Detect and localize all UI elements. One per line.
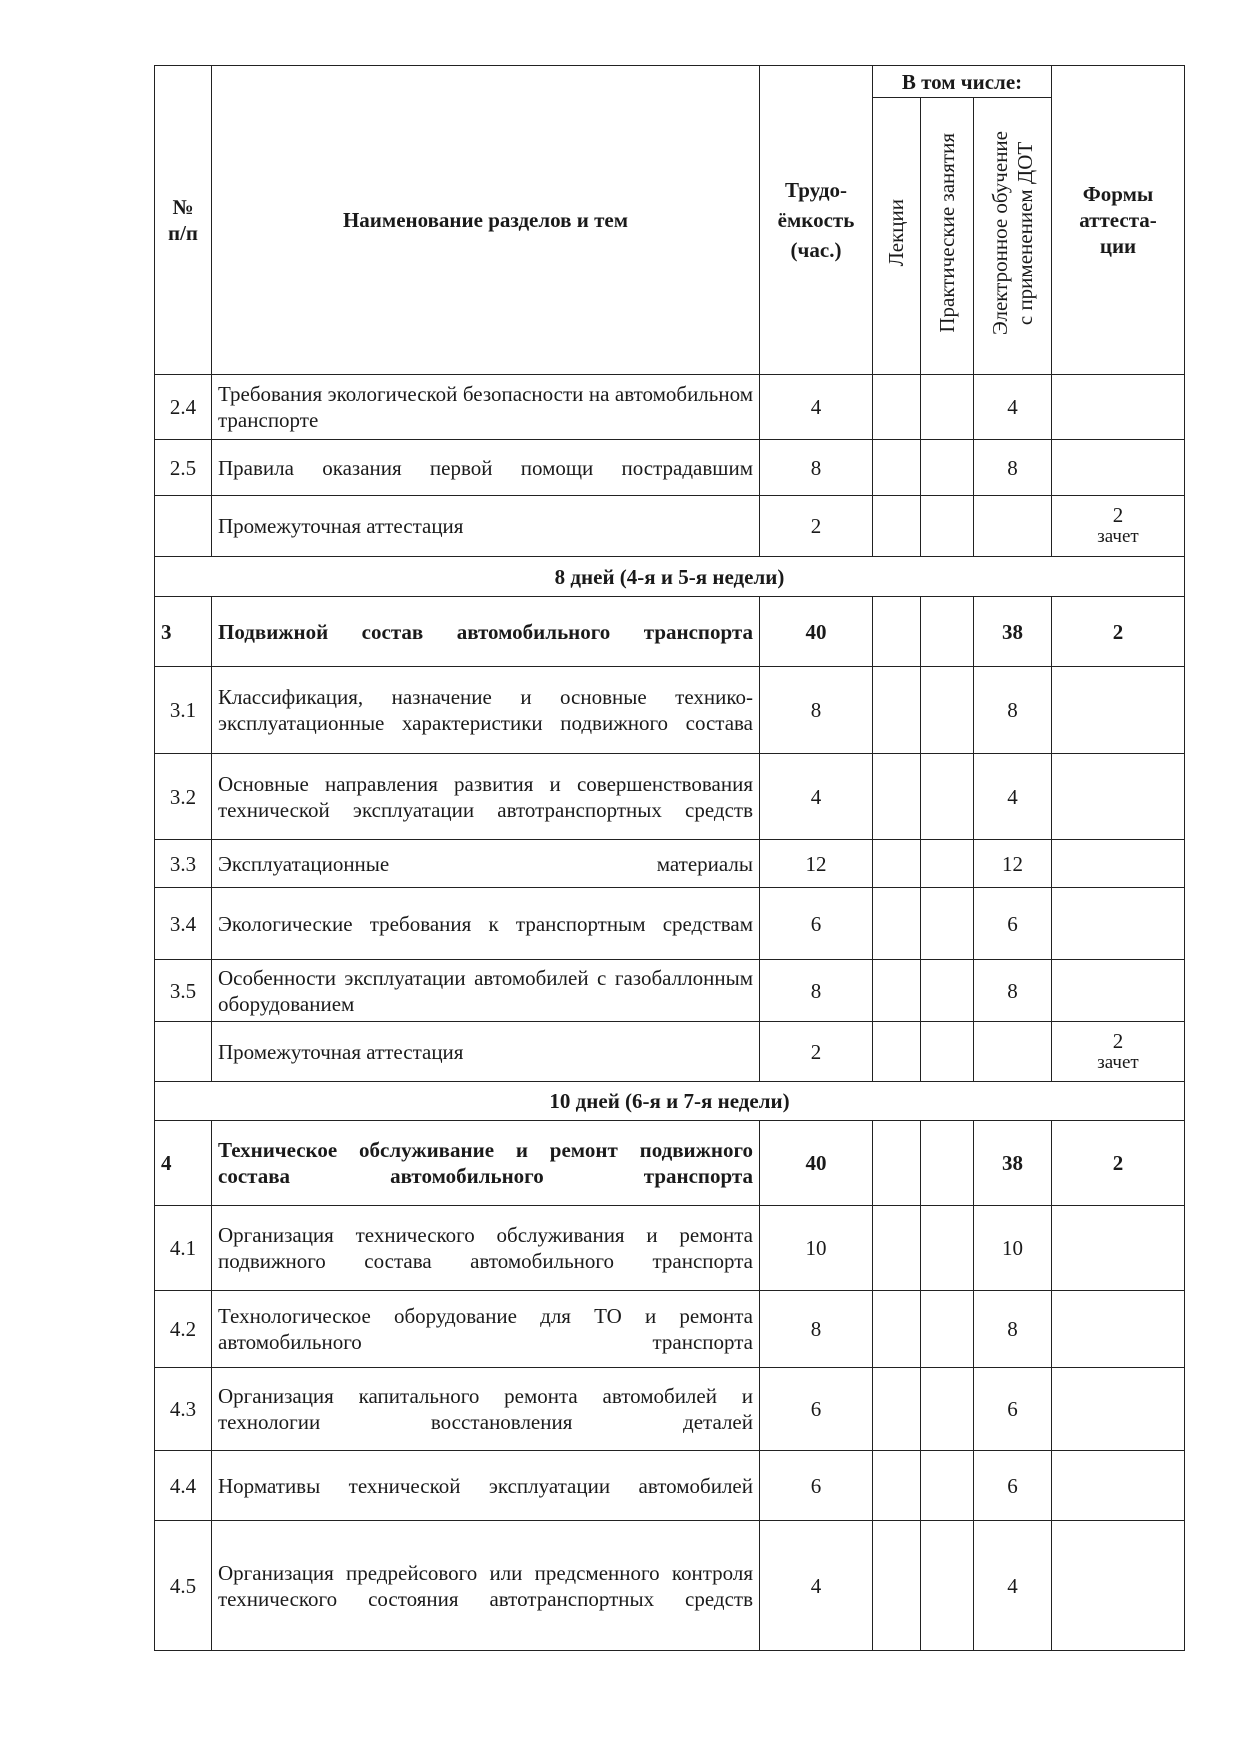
practice-cell (921, 1206, 974, 1291)
week-banner-row: 10 дней (6-я и 7-я недели) (155, 1082, 1185, 1121)
name-cell: Правила оказания первой помощи пострадав… (212, 440, 760, 496)
col-header-forms: Формы аттеста- ции (1052, 66, 1185, 375)
name-cell: Экологические требования к транспортным … (212, 888, 760, 960)
elearning-cell: 4 (974, 375, 1052, 440)
name-cell: Техническое обслуживание и ремонт подвиж… (212, 1121, 760, 1206)
hours-cell: 6 (760, 1368, 873, 1451)
name-cell: Организация технического обслуживания и … (212, 1206, 760, 1291)
lectures-cell (873, 1368, 921, 1451)
practice-cell (921, 1291, 974, 1368)
hours-cell: 8 (760, 667, 873, 754)
table-row: 2.4Требования экологической безопасности… (155, 375, 1185, 440)
forms-cell: 2 (1052, 1121, 1185, 1206)
elearning-cell: 12 (974, 840, 1052, 888)
hours-cell: 6 (760, 1451, 873, 1521)
forms-cell (1052, 960, 1185, 1022)
col-header-name: Наименование разделов и тем (212, 66, 760, 375)
forms-cell: 2 (1052, 597, 1185, 667)
name-cell: Технологическое оборудование для ТО и ре… (212, 1291, 760, 1368)
num-cell: 3.4 (155, 888, 212, 960)
table-body: 2.4Требования экологической безопасности… (155, 375, 1185, 1651)
practice-cell (921, 1368, 974, 1451)
col-header-practice: Практические занятия (921, 98, 974, 375)
practice-cell (921, 888, 974, 960)
practice-cell (921, 440, 974, 496)
table-row: 2.5Правила оказания первой помощи постра… (155, 440, 1185, 496)
hours-cell: 10 (760, 1206, 873, 1291)
forms-cell (1052, 1291, 1185, 1368)
week-banner-row: 8 дней (4-я и 5-я недели) (155, 557, 1185, 597)
forms-value: 2 (1058, 621, 1178, 643)
practice-cell (921, 667, 974, 754)
table-row: 4.1Организация технического обслуживания… (155, 1206, 1185, 1291)
hours-cell: 4 (760, 375, 873, 440)
lectures-cell (873, 667, 921, 754)
num-cell: 3.1 (155, 667, 212, 754)
curriculum-table: № п/п Наименование разделов и тем Трудо-… (154, 65, 1185, 1651)
hours-cell: 40 (760, 597, 873, 667)
name-cell: Основные направления развития и совершен… (212, 754, 760, 840)
name-cell: Классификация, назначение и основные тех… (212, 667, 760, 754)
elearning-cell (974, 496, 1052, 557)
name-cell: Промежуточная аттестация (212, 496, 760, 557)
lectures-cell (873, 597, 921, 667)
col-header-hours: Трудо- ёмкость (час.) (760, 66, 873, 375)
col-header-lectures: Лекции (873, 98, 921, 375)
name-cell: Нормативы технической эксплуатации автом… (212, 1451, 760, 1521)
elearning-cell: 38 (974, 1121, 1052, 1206)
practice-cell (921, 754, 974, 840)
elearning-cell: 8 (974, 1291, 1052, 1368)
lectures-cell (873, 1121, 921, 1206)
elearning-cell (974, 1022, 1052, 1082)
elearning-cell: 8 (974, 440, 1052, 496)
table-row: Промежуточная аттестация22зачет (155, 1022, 1185, 1082)
forms-cell (1052, 840, 1185, 888)
num-cell: 4.2 (155, 1291, 212, 1368)
lectures-cell (873, 840, 921, 888)
lectures-cell (873, 1521, 921, 1651)
hours-cell: 8 (760, 440, 873, 496)
table-row: 3.4Экологические требования к транспортн… (155, 888, 1185, 960)
lectures-cell (873, 375, 921, 440)
hours-cell: 12 (760, 840, 873, 888)
num-cell: 4.5 (155, 1521, 212, 1651)
col-header-num: № п/п (155, 66, 212, 375)
num-cell: 4 (155, 1121, 212, 1206)
forms-cell: 2зачет (1052, 496, 1185, 557)
forms-cell: 2зачет (1052, 1022, 1185, 1082)
practice-cell (921, 375, 974, 440)
practice-cell (921, 1521, 974, 1651)
num-cell (155, 1022, 212, 1082)
elearning-cell: 8 (974, 667, 1052, 754)
elearning-cell: 38 (974, 597, 1052, 667)
name-cell: Промежуточная аттестация (212, 1022, 760, 1082)
practice-cell (921, 597, 974, 667)
table-row: 4Техническое обслуживание и ремонт подви… (155, 1121, 1185, 1206)
elearning-cell: 6 (974, 1451, 1052, 1521)
forms-cell (1052, 1368, 1185, 1451)
week-banner: 8 дней (4-я и 5-я недели) (155, 557, 1185, 597)
num-cell: 4.3 (155, 1368, 212, 1451)
num-cell: 4.4 (155, 1451, 212, 1521)
lectures-cell (873, 1451, 921, 1521)
lectures-cell (873, 1022, 921, 1082)
week-banner: 10 дней (6-я и 7-я недели) (155, 1082, 1185, 1121)
forms-cell (1052, 375, 1185, 440)
elearning-cell: 10 (974, 1206, 1052, 1291)
forms-note: зачет (1058, 526, 1178, 548)
practice-cell (921, 1451, 974, 1521)
forms-cell (1052, 888, 1185, 960)
practice-cell (921, 1121, 974, 1206)
table-row: Промежуточная аттестация22зачет (155, 496, 1185, 557)
num-cell: 2.5 (155, 440, 212, 496)
num-cell: 4.1 (155, 1206, 212, 1291)
forms-value: 2 (1058, 1030, 1178, 1052)
forms-cell (1052, 667, 1185, 754)
table-row: 3Подвижной состав автомобильного транспо… (155, 597, 1185, 667)
num-cell: 3.5 (155, 960, 212, 1022)
practice-cell (921, 840, 974, 888)
elearning-cell: 8 (974, 960, 1052, 1022)
num-cell: 2.4 (155, 375, 212, 440)
col-header-elearning: Электронное обучение с применением ДОТ (974, 98, 1052, 375)
num-cell: 3 (155, 597, 212, 667)
table-row: 3.3Эксплуатационные материалы1212 (155, 840, 1185, 888)
practice-cell (921, 1022, 974, 1082)
name-cell: Эксплуатационные материалы (212, 840, 760, 888)
hours-cell: 2 (760, 1022, 873, 1082)
name-cell: Организация капитального ремонта автомоб… (212, 1368, 760, 1451)
col-header-including: В том числе: (873, 66, 1052, 98)
forms-cell (1052, 1451, 1185, 1521)
name-cell: Подвижной состав автомобильного транспор… (212, 597, 760, 667)
forms-cell (1052, 440, 1185, 496)
lectures-cell (873, 496, 921, 557)
hours-cell: 4 (760, 754, 873, 840)
forms-cell (1052, 1521, 1185, 1651)
lectures-cell (873, 960, 921, 1022)
num-cell: 3.3 (155, 840, 212, 888)
hours-cell: 8 (760, 960, 873, 1022)
hours-cell: 4 (760, 1521, 873, 1651)
lectures-cell (873, 440, 921, 496)
table-row: 3.1Классификация, назначение и основные … (155, 667, 1185, 754)
name-cell: Особенности эксплуатации автомобилей с г… (212, 960, 760, 1022)
table-row: 4.2Технологическое оборудование для ТО и… (155, 1291, 1185, 1368)
lectures-cell (873, 888, 921, 960)
lectures-cell (873, 754, 921, 840)
hours-cell: 40 (760, 1121, 873, 1206)
table-row: 4.5Организация предрейсового или предсме… (155, 1521, 1185, 1651)
table-row: 4.3Организация капитального ремонта авто… (155, 1368, 1185, 1451)
forms-cell (1052, 754, 1185, 840)
lectures-cell (873, 1291, 921, 1368)
num-cell (155, 496, 212, 557)
elearning-cell: 4 (974, 1521, 1052, 1651)
table-row: 4.4Нормативы технической эксплуатации ав… (155, 1451, 1185, 1521)
table-row: 3.2Основные направления развития и совер… (155, 754, 1185, 840)
forms-value: 2 (1058, 1152, 1178, 1174)
forms-note: зачет (1058, 1052, 1178, 1074)
name-cell: Организация предрейсового или предсменно… (212, 1521, 760, 1651)
lectures-cell (873, 1206, 921, 1291)
table-row: 3.5Особенности эксплуатации автомобилей … (155, 960, 1185, 1022)
hours-cell: 6 (760, 888, 873, 960)
elearning-cell: 4 (974, 754, 1052, 840)
name-cell: Требования экологической безопасности на… (212, 375, 760, 440)
hours-cell: 2 (760, 496, 873, 557)
forms-cell (1052, 1206, 1185, 1291)
elearning-cell: 6 (974, 1368, 1052, 1451)
practice-cell (921, 960, 974, 1022)
num-cell: 3.2 (155, 754, 212, 840)
forms-value: 2 (1058, 504, 1178, 526)
elearning-cell: 6 (974, 888, 1052, 960)
hours-cell: 8 (760, 1291, 873, 1368)
practice-cell (921, 496, 974, 557)
